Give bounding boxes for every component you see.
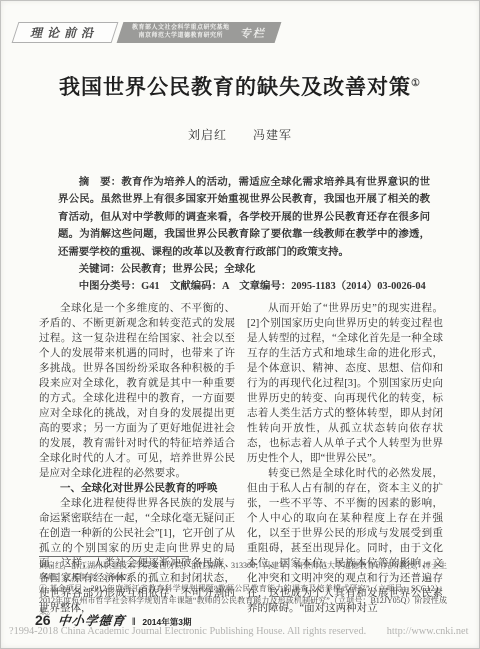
authors-line: 刘启红 冯建军 [1, 126, 479, 143]
authors-affiliation-note: 刘启红，浙江湖州职业技术学院安吉分院，浙江湖州，313300；冯建军，南京师范大… [39, 560, 447, 583]
left-paragraph-1: 全球化是一个多维度的、不平衡的、矛盾的、不断更新观念和转变范式的发展过程。这一复… [39, 301, 235, 481]
cnki-watermark: ?1994-2018 China Academic Journal Electr… [9, 622, 475, 637]
keywords-label: 关键词： [79, 264, 121, 275]
header-banner: 理论前沿 教育部人文社会科学重点研究基地 南京师范大学道德教育研究所 专栏 [15, 22, 278, 43]
institute-line-1: 教育部人文社会科学重点研究基地 [132, 25, 230, 33]
institute-line-2: 南京师范大学道德教育研究所 [132, 33, 230, 41]
section-heading-1: 一、全球化对世界公民教育的呼唤 [39, 481, 235, 496]
section-label-box: 理论前沿 [12, 22, 119, 43]
section-label: 理论前沿 [30, 24, 98, 41]
institute-banner: 教育部人文社会科学重点研究基地 南京师范大学道德教育研究所 专栏 [117, 22, 281, 43]
abstract-paragraph: 摘 要：教育作为培养人的活动，需适应全球化需求培养具有世界意识的世界公民。虽然世… [58, 174, 430, 261]
article-title-text: 我国世界公民教育的缺失及改善对策 [59, 76, 411, 99]
abstract-text: 教育作为培养人的活动，需适应全球化需求培养具有世界意识的世界公民。虽然世界上有很… [58, 177, 430, 258]
column-label: 专栏 [240, 25, 266, 41]
keywords-line: 关键词：公民教育；世界公民；全球化 [58, 261, 430, 278]
title-footnote-marker: ① [411, 78, 421, 89]
keywords-text: 公民教育；世界公民；全球化 [120, 264, 255, 275]
classification-line: 中图分类号：G41 文献编码：A 文章编号：2095-1183（2014）03-… [58, 278, 430, 295]
footnote-divider [39, 556, 189, 557]
abstract-block: 摘 要：教育作为培养人的活动，需适应全球化需求培养具有世界意识的世界公民。虽然世… [58, 174, 430, 296]
institute-lines: 教育部人文社会科学重点研究基地 南京师范大学道德教育研究所 [132, 25, 230, 40]
footnotes: 刘启红，浙江湖州职业技术学院安吉分院，浙江湖州，313300；冯建军，南京师范大… [39, 556, 447, 618]
abstract-label: 摘 要： [79, 177, 122, 188]
right-paragraph-1: 从而开始了“世界历史”的现实进程。[2]个别国家历史向世界历史的转变过程也是人转… [247, 301, 443, 466]
scanned-page: 理论前沿 教育部人文社会科学重点研究基地 南京师范大学道德教育研究所 专栏 我国… [0, 0, 480, 649]
article-title: 我国世界公民教育的缺失及改善对策① [1, 71, 479, 101]
